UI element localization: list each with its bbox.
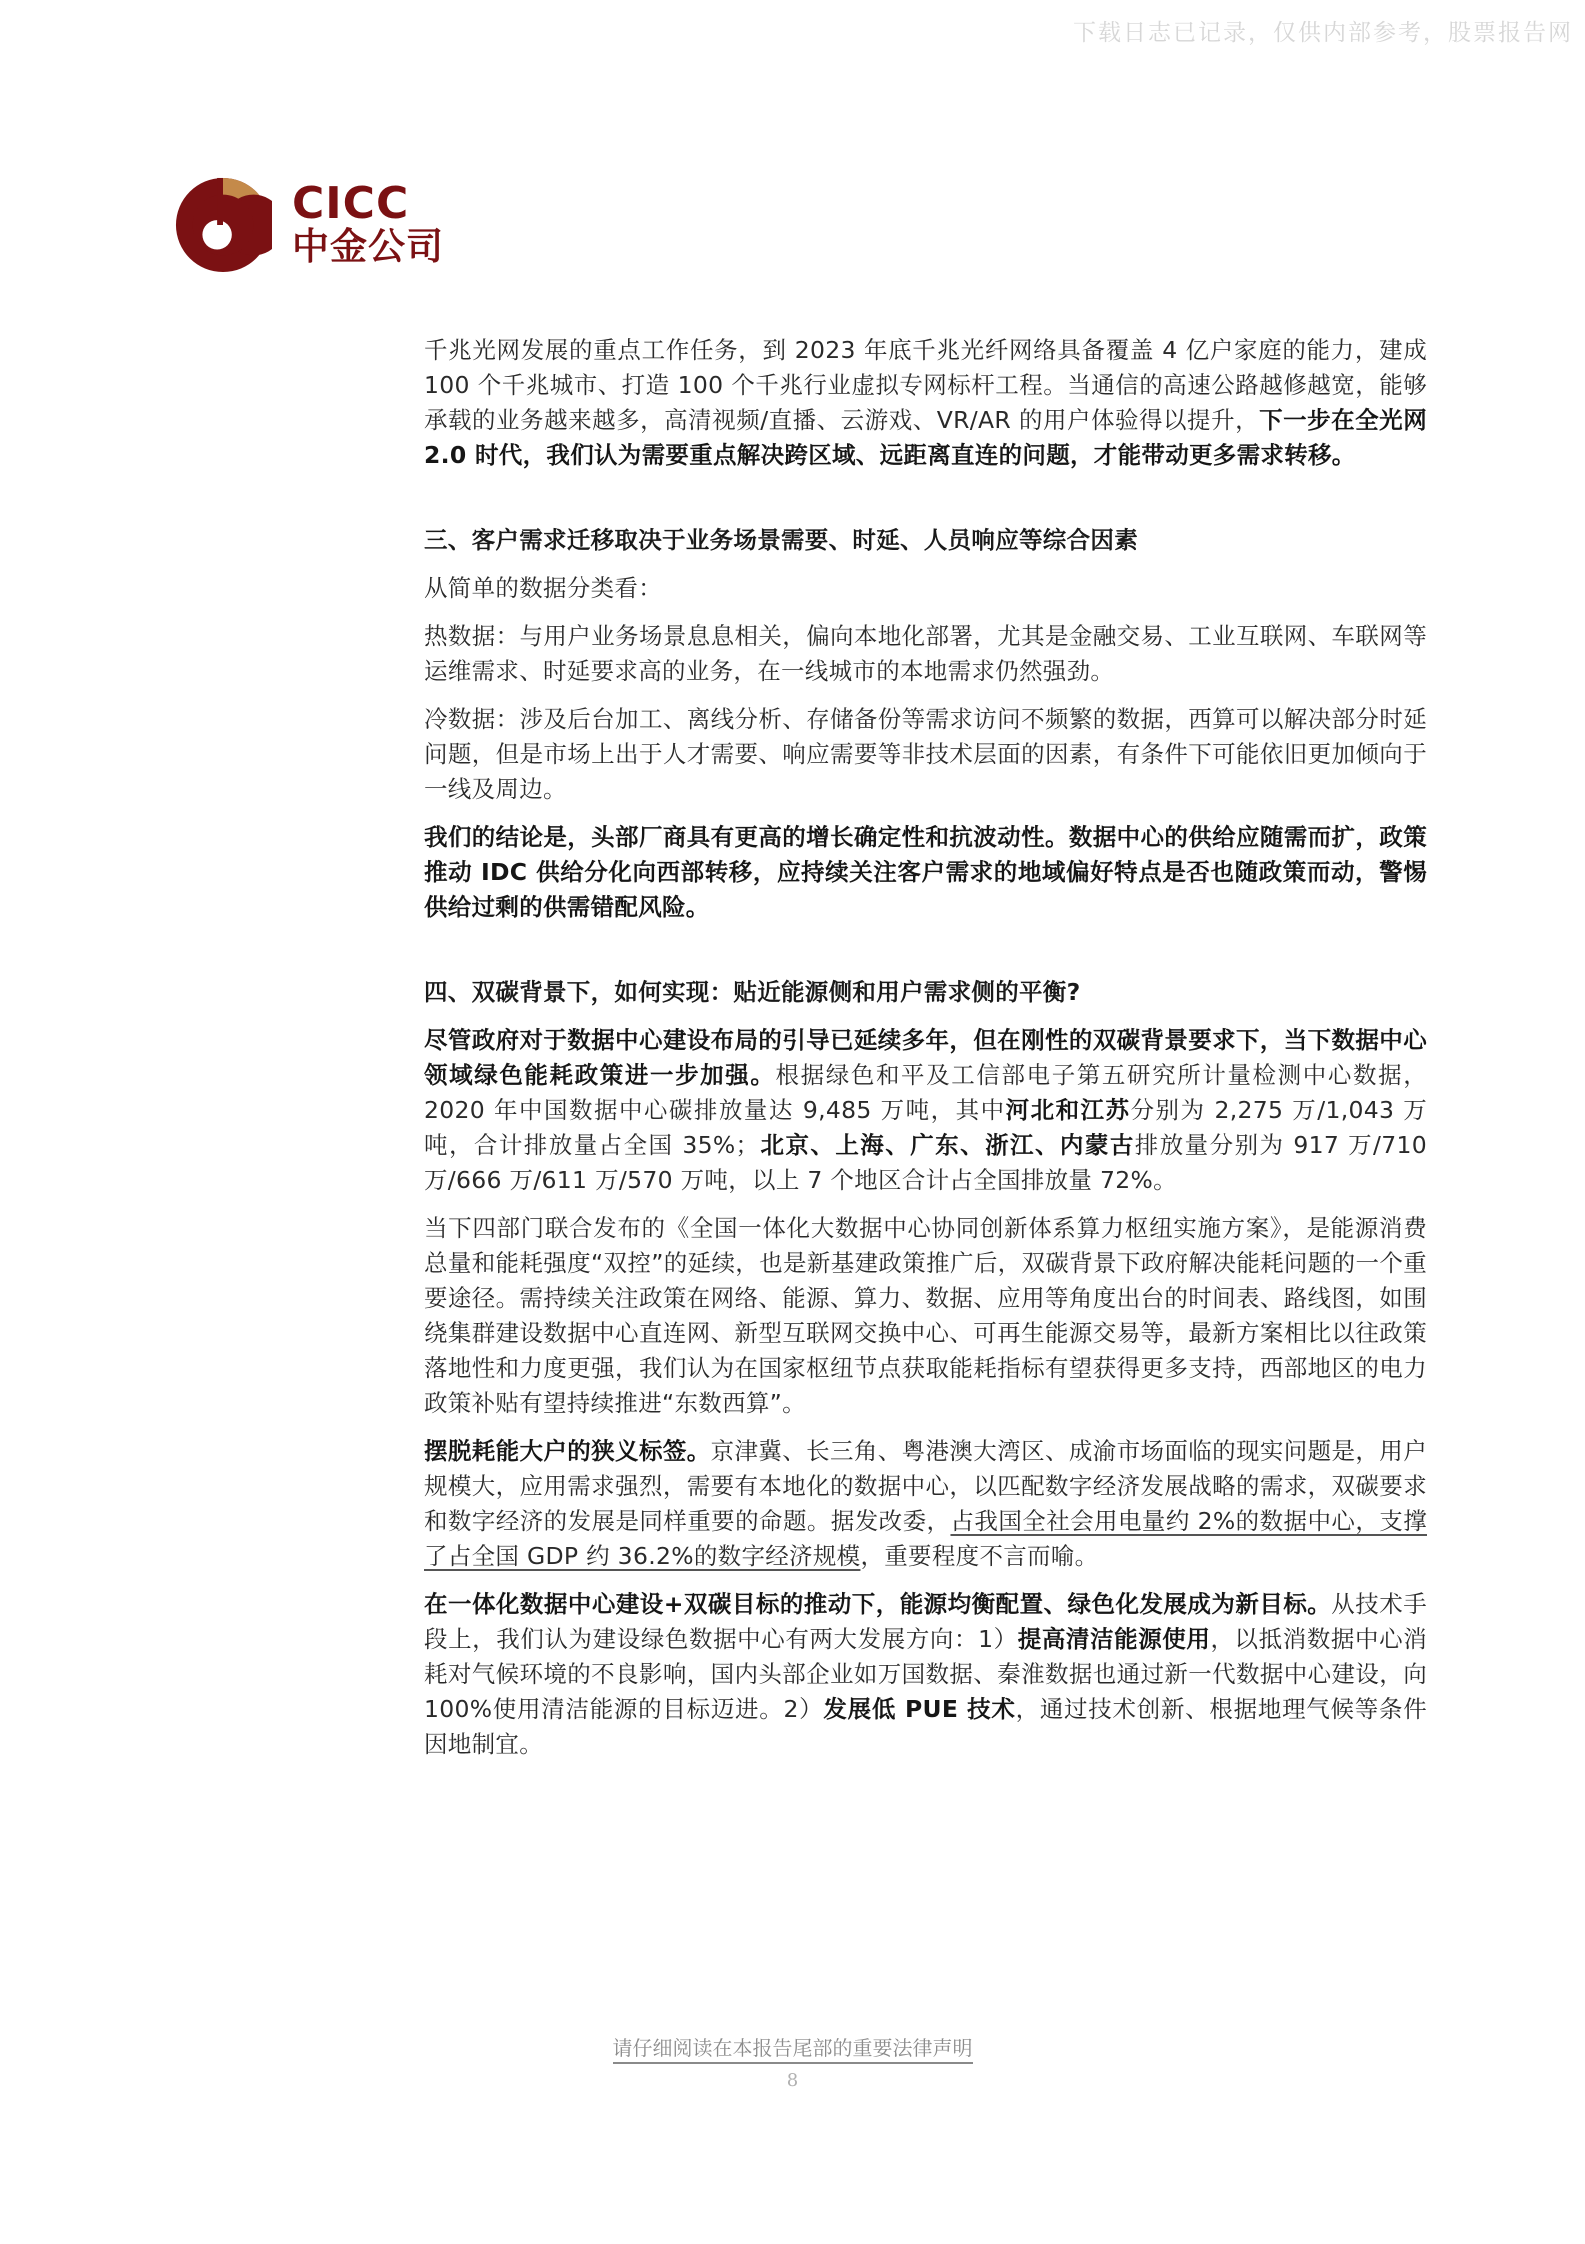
logo-chinese: 中金公司 bbox=[292, 226, 444, 268]
paragraph-policy: 当下四部门联合发布的《全国一体化大数据中心协同创新体系算力枢纽实施方案》，是能源… bbox=[424, 1211, 1427, 1421]
paragraph-intro: 从简单的数据分类看： bbox=[424, 571, 1427, 606]
watermark-text: 下载日志已记录，仅供内部参考，股票报告网 bbox=[1073, 14, 1573, 47]
paragraph-green-dc: 在一体化数据中心建设+双碳目标的推动下，能源均衡配置、绿色化发展成为新目标。从技… bbox=[424, 1587, 1427, 1762]
paragraph-conclusion: 我们的结论是，头部厂商具有更高的增长确定性和抗波动性。数据中心的供给应随需而扩，… bbox=[424, 820, 1427, 925]
cicc-logo-icon bbox=[174, 176, 272, 274]
paragraph-hot-data: 热数据：与用户业务场景息息相关，偏向本地化部署，尤其是金融交易、工业互联网、车联… bbox=[424, 619, 1427, 689]
paragraph-gigabit: 千兆光网发展的重点工作任务，到 2023 年底千兆光纤网络具备覆盖 4 亿户家庭… bbox=[424, 333, 1427, 473]
paragraph-cold-data: 冷数据：涉及后台加工、离线分析、存储备份等需求访问不频繁的数据，西算可以解决部分… bbox=[424, 702, 1427, 807]
section-heading-4: 四、双碳背景下，如何实现：贴近能源侧和用户需求侧的平衡? bbox=[424, 975, 1427, 1010]
section-heading-3: 三、客户需求迁移取决于业务场景需要、时延、人员响应等综合因素 bbox=[424, 523, 1427, 558]
cicc-logo: CICC 中金公司 bbox=[174, 176, 444, 274]
disclaimer-link[interactable]: 请仔细阅读在本报告尾部的重要法律声明 bbox=[613, 2036, 973, 2064]
logo-english: CICC bbox=[292, 182, 444, 226]
paragraph-label: 摆脱耗能大户的狭义标签。京津冀、长三角、粤港澳大湾区、成渝市场面临的现实问题是，… bbox=[424, 1434, 1427, 1574]
legal-disclaimer: 请仔细阅读在本报告尾部的重要法律声明 bbox=[0, 2032, 1585, 2061]
paragraph-carbon-emissions: 尽管政府对于数据中心建设布局的引导已延续多年，但在刚性的双碳背景要求下，当下数据… bbox=[424, 1023, 1427, 1198]
page-number: 8 bbox=[0, 2070, 1585, 2091]
report-body: 千兆光网发展的重点工作任务，到 2023 年底千兆光纤网络具备覆盖 4 亿户家庭… bbox=[424, 333, 1427, 1762]
